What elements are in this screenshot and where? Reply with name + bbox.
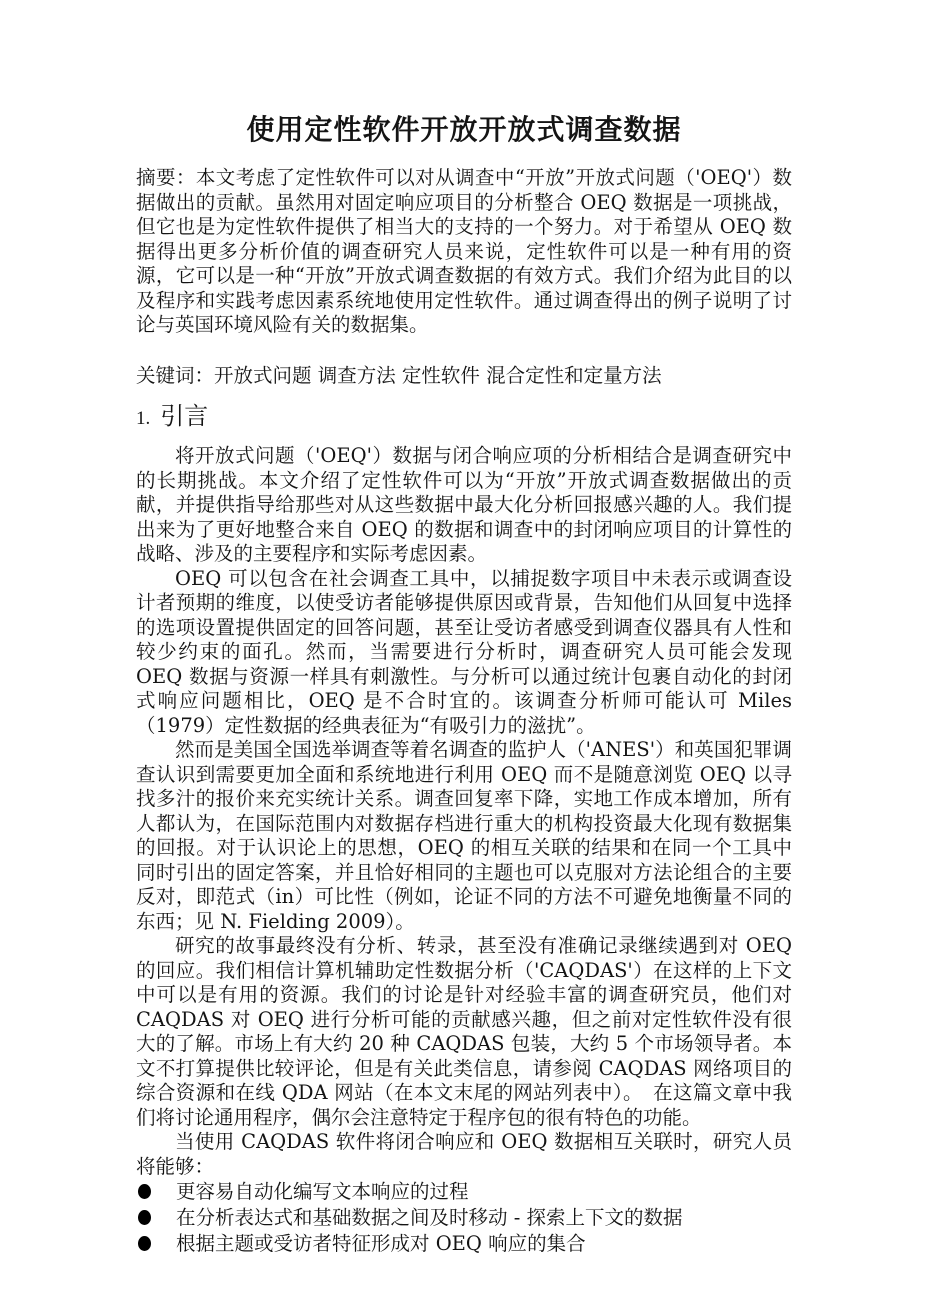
intro-paragraph-3: 然而是美国全国选举调查等着名调查的监护人（'ANES'）和英国犯罪调查认识到需要… [136, 738, 792, 934]
bullet-item-label: 在分析表达式和基础数据之间及时移动 - 探索上下文的数据 [176, 1206, 683, 1229]
section-heading-introduction: 1.引言 [136, 402, 792, 434]
page-title: 使用定性软件开放开放式调查数据 [136, 112, 792, 148]
bullet-item-label: 根据主题或受访者特征形成对 OEQ 响应的集合 [176, 1232, 586, 1255]
intro-paragraph-1: 将开放式问题（'OEQ'）数据与闭合响应项的分析相结合是调查研究中的长期挑战。本… [136, 444, 792, 567]
document-content: 使用定性软件开放开放式调查数据 摘要：本文考虑了定性软件可以对从调查中“开放”开… [136, 112, 792, 1257]
keywords-line: 关键词：开放式问题 调查方法 定性软件 混合定性和定量方法 [136, 364, 792, 389]
section-heading-label: 引言 [160, 403, 208, 430]
intro-paragraph-4: 研究的故事最终没有分析、转录，甚至没有准确记录继续遇到对 OEQ 的回应。我们相… [136, 934, 792, 1130]
bullet-item: 更容易自动化编写文本响应的过程 [136, 1179, 792, 1205]
capability-bullet-list: 更容易自动化编写文本响应的过程 在分析表达式和基础数据之间及时移动 - 探索上下… [136, 1179, 792, 1257]
bullet-icon [138, 1210, 151, 1225]
intro-paragraph-2: OEQ 可以包含在社会调查工具中，以捕捉数字项目中未表示或调查设计者预期的维度，… [136, 567, 792, 739]
bullet-item: 根据主题或受访者特征形成对 OEQ 响应的集合 [136, 1231, 792, 1257]
bullet-icon [138, 1184, 151, 1199]
section-number: 1. [136, 408, 150, 429]
abstract-paragraph: 摘要：本文考虑了定性软件可以对从调查中“开放”开放式问题（'OEQ'）数据做出的… [136, 166, 792, 338]
bullet-item-label: 更容易自动化编写文本响应的过程 [176, 1180, 469, 1203]
bullet-icon [138, 1236, 151, 1251]
bullet-item: 在分析表达式和基础数据之间及时移动 - 探索上下文的数据 [136, 1205, 792, 1231]
document-page: 使用定性软件开放开放式调查数据 摘要：本文考虑了定性软件可以对从调查中“开放”开… [0, 0, 926, 1309]
intro-paragraph-5-lead-in: 当使用 CAQDAS 软件将闭合响应和 OEQ 数据相互关联时，研究人员将能够： [136, 1130, 792, 1179]
